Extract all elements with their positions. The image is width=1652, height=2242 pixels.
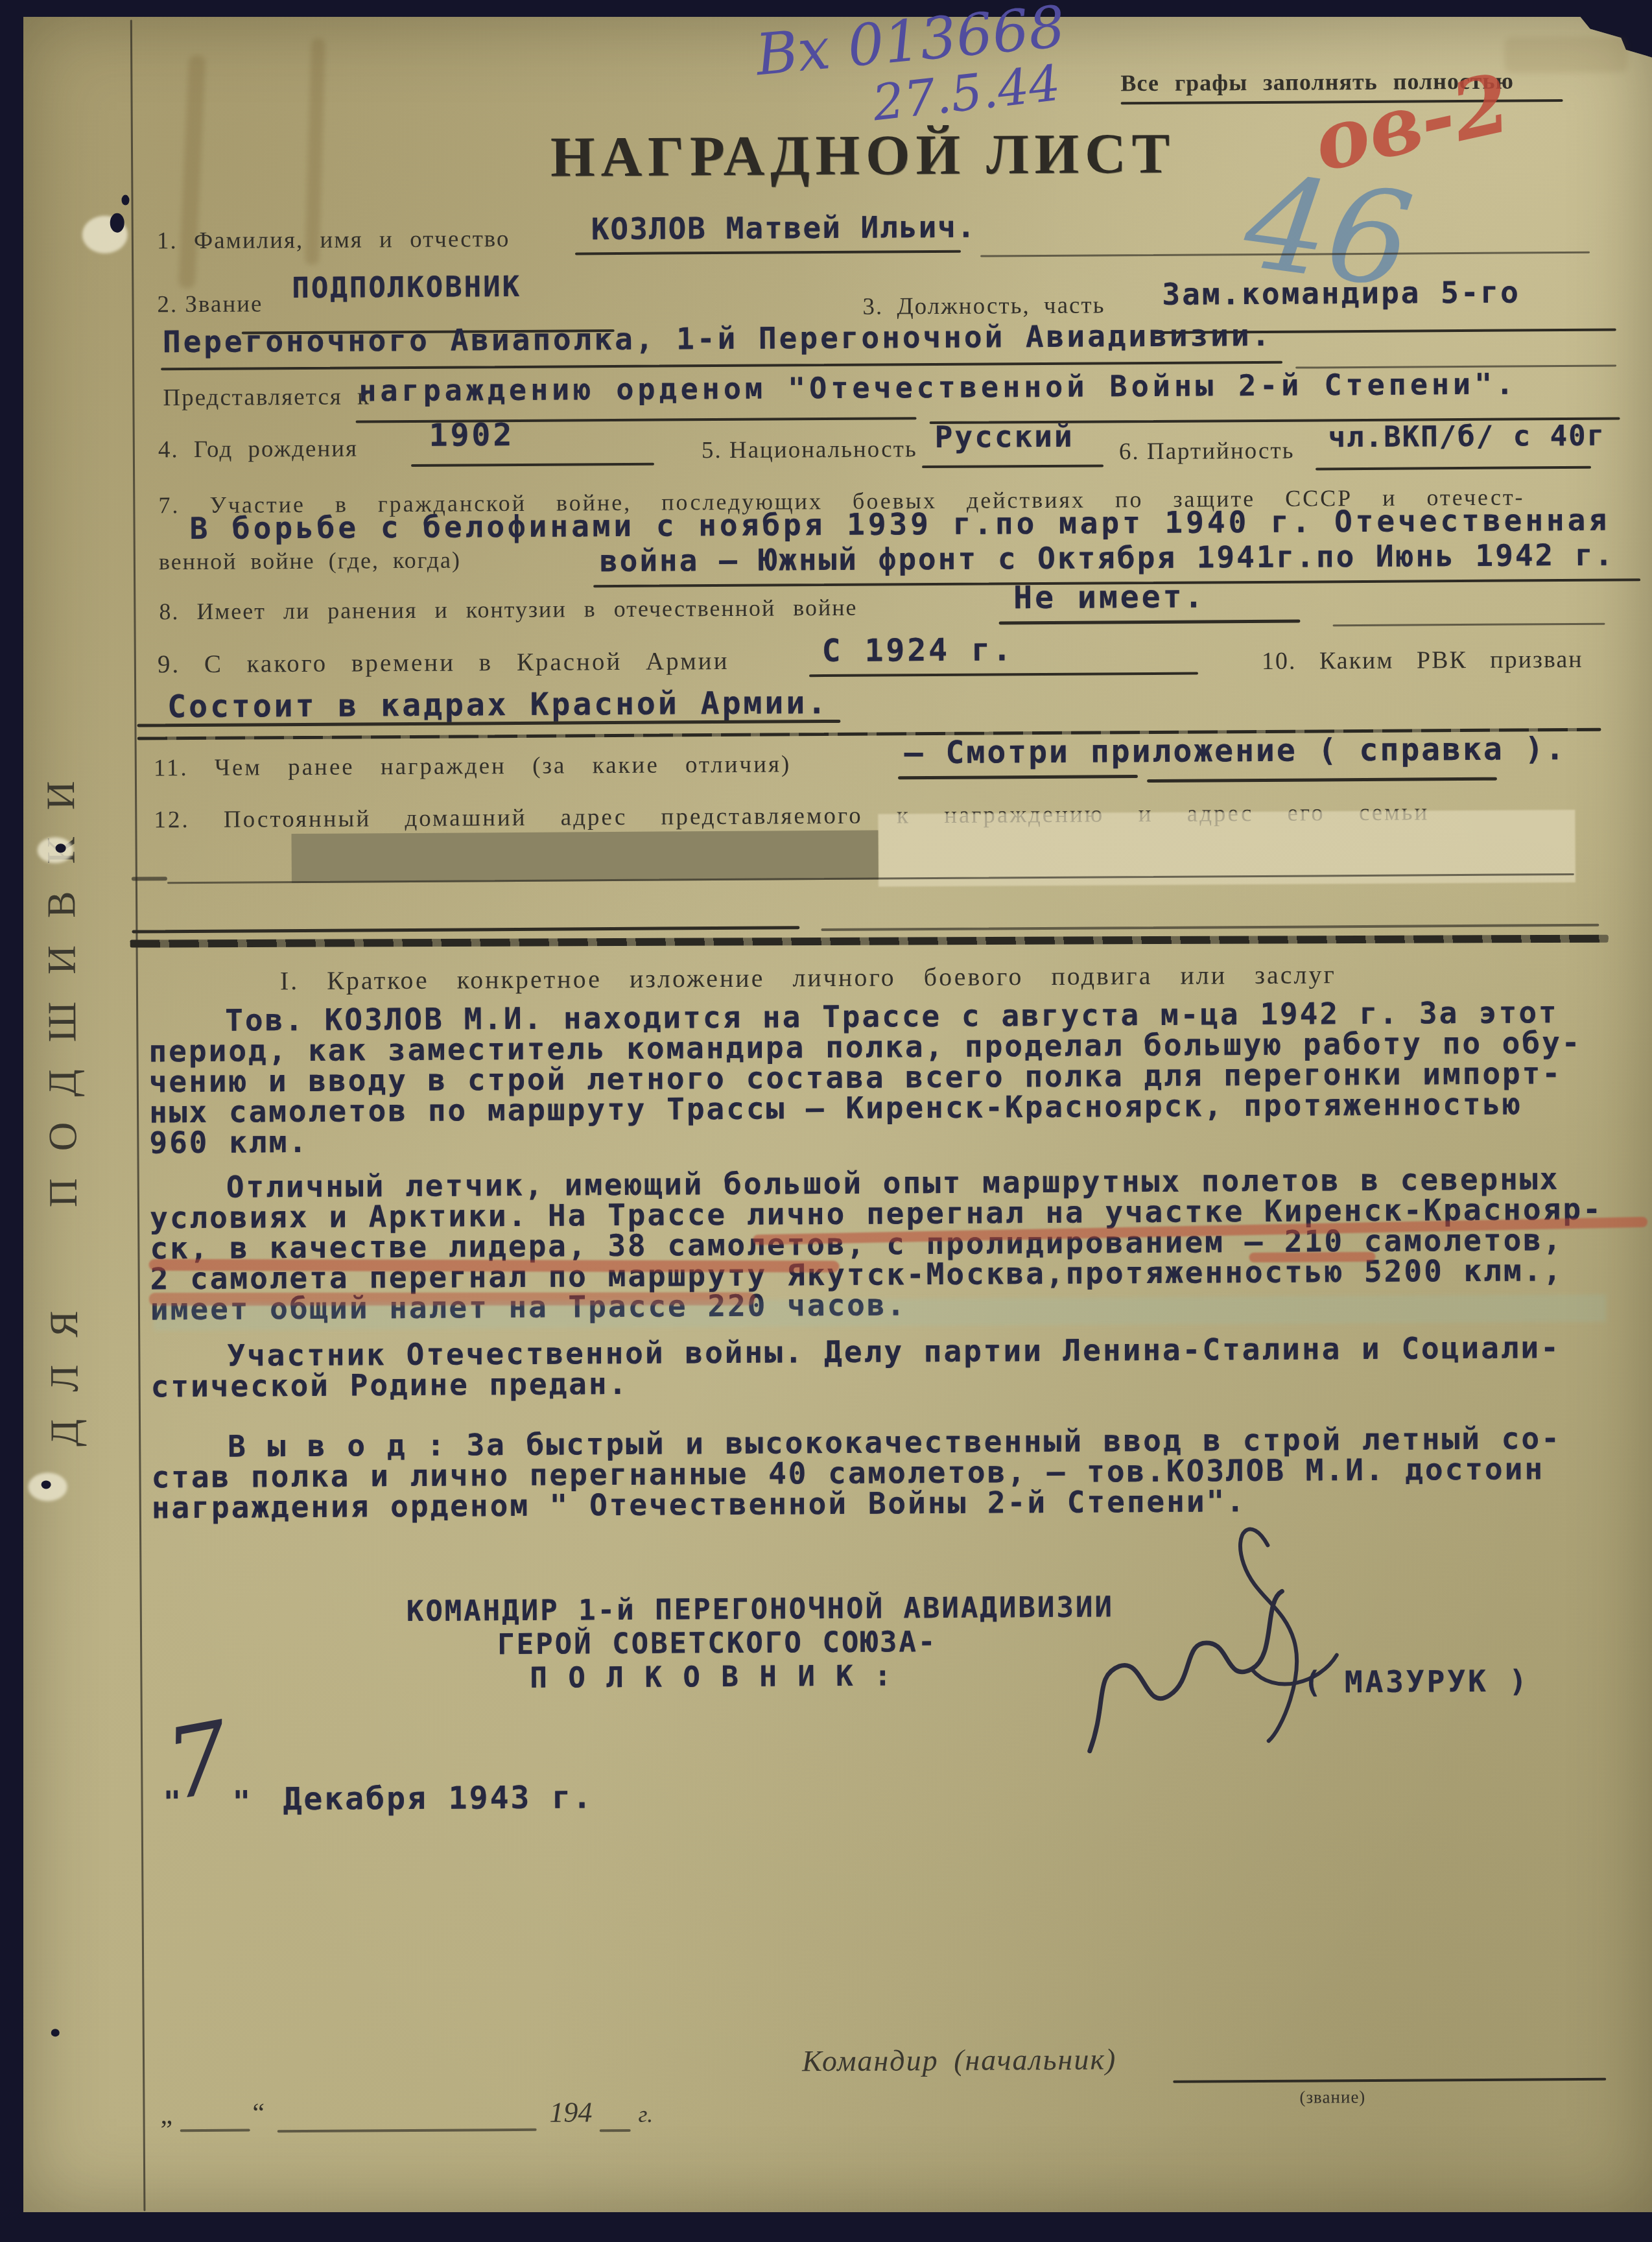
document-content: ДЛЯ ПОДШИВКИ Вх 013668 27.5.44 Все графы… [0, 0, 1652, 2242]
commander-label: Командир (начальник) [802, 2042, 1116, 2078]
feat-paragraph-1: Тов. КОЗЛОВ М.И. находится на Трассе с а… [148, 997, 1647, 1158]
field-8-value: Не имеет. [1013, 578, 1205, 616]
field-3-value: Зам.командира 5-го [1162, 274, 1520, 311]
feat-paragraph-3: Участник Отечественной войны. Делу парти… [150, 1332, 1649, 1402]
underline [1333, 623, 1605, 627]
paper-hole [110, 213, 124, 233]
blank-date-line [600, 2129, 631, 2132]
red-pencil-underline [149, 1259, 840, 1273]
section-divider [132, 926, 799, 933]
field-9-value-line2: Состоит в кадрах Красной Армии. [167, 685, 829, 725]
blank-date-quote-close: “ [252, 2097, 265, 2129]
blank-date-quote-open: „ [160, 2099, 172, 2130]
field-8-label: 8. Имеет ли ранения и контузии в отечест… [159, 594, 857, 626]
field-5-value: Русский [935, 419, 1074, 454]
underline [998, 620, 1300, 625]
underline [898, 775, 1138, 779]
date-month-year: Декабря 1943 г. [283, 1779, 593, 1817]
field-11-value: – Смотри приложение ( справка ). [904, 731, 1566, 771]
page-title: НАГРАДНОЙ ЛИСТ [550, 121, 1176, 191]
presented-label: Представляется к [163, 383, 370, 412]
underline [922, 464, 1103, 468]
field-6-label: 6. Партийность [1119, 437, 1295, 466]
underline [1316, 466, 1591, 471]
field-1-value: КОЗЛОВ Матвей Ильич. [591, 209, 976, 247]
year-prefix: 194 [549, 2095, 592, 2129]
rank-line [1173, 2078, 1606, 2083]
underline [575, 250, 961, 255]
underline [411, 463, 654, 467]
presented-value: награждению орденом "Отечественной Войны… [359, 367, 1517, 408]
field-10-label: 10. Каким РВК призван [1262, 645, 1583, 676]
field-11-label: 11. Чем ранее награжден (за какие отличи… [154, 750, 792, 782]
paper-hole [56, 844, 66, 853]
feat-paragraph-4: В ы в о д : За быстрый и высококачествен… [151, 1422, 1649, 1523]
date-quote-close: " [232, 1784, 250, 1819]
blank-date-line [180, 2129, 250, 2132]
field-7-value-line2: война – Южный фронт с Октября 1941г.по И… [600, 537, 1615, 579]
underline [132, 877, 167, 880]
field-9-label: 9. С какого времени в Красной Армии [158, 646, 729, 679]
field-5-label: 5. Национальность [702, 435, 917, 464]
blank-date-line [277, 2129, 537, 2132]
paper-hole [51, 2029, 60, 2036]
underline [809, 672, 1198, 678]
signoff-name: ( МАЗУРУК ) [1303, 1663, 1529, 1699]
redaction-block [291, 831, 878, 884]
field-3-value-line2: Перегоночного Авиаполка, 1-й Перегоночно… [163, 318, 1273, 359]
field-3-label: 3. Должность, часть [862, 291, 1105, 320]
stain [1504, 36, 1627, 73]
field-6-value: чл.ВКП/б/ с 40г [1328, 419, 1606, 454]
field-2-label: 2. Звание [157, 290, 263, 318]
field-4-value: 1902 [429, 417, 515, 454]
section-divider [821, 924, 1599, 931]
signature-mazuruk [1028, 1507, 1378, 1800]
margin-fold-line [130, 20, 146, 2212]
signoff-line-1: КОМАНДИР 1-й ПЕРЕГОНОЧНОЙ АВИАДИВИЗИИ [407, 1590, 1114, 1628]
paper-hole [121, 195, 129, 206]
underline [1147, 777, 1497, 783]
signoff-line-3: П О Л К О В Н И К : [530, 1659, 893, 1694]
field-2-value: ПОДПОЛКОВНИК [292, 270, 521, 305]
signoff-line-2: ГЕРОЙ СОВЕТСКОГО СОЮЗА- [497, 1625, 938, 1661]
rank-caption: (звание) [1299, 2087, 1365, 2108]
paper-hole [37, 837, 73, 863]
section-divider [130, 935, 1608, 948]
red-pencil-underline [1249, 1252, 1375, 1262]
field-1-label: 1. Фамилия, имя и отчество [157, 225, 510, 255]
field-7-label-line2: венной войне (где, когда) [159, 546, 461, 575]
paper-hole [41, 1480, 51, 1489]
year-suffix: г. [638, 2101, 653, 2128]
section-heading: I. Краткое конкретное изложение личного … [280, 959, 1336, 996]
margin-vertical-text: ДЛЯ ПОДШИВКИ [38, 701, 88, 1446]
field-9-value: С 1924 г. [822, 631, 1014, 669]
field-4-label: 4. Год рождения [158, 434, 358, 464]
